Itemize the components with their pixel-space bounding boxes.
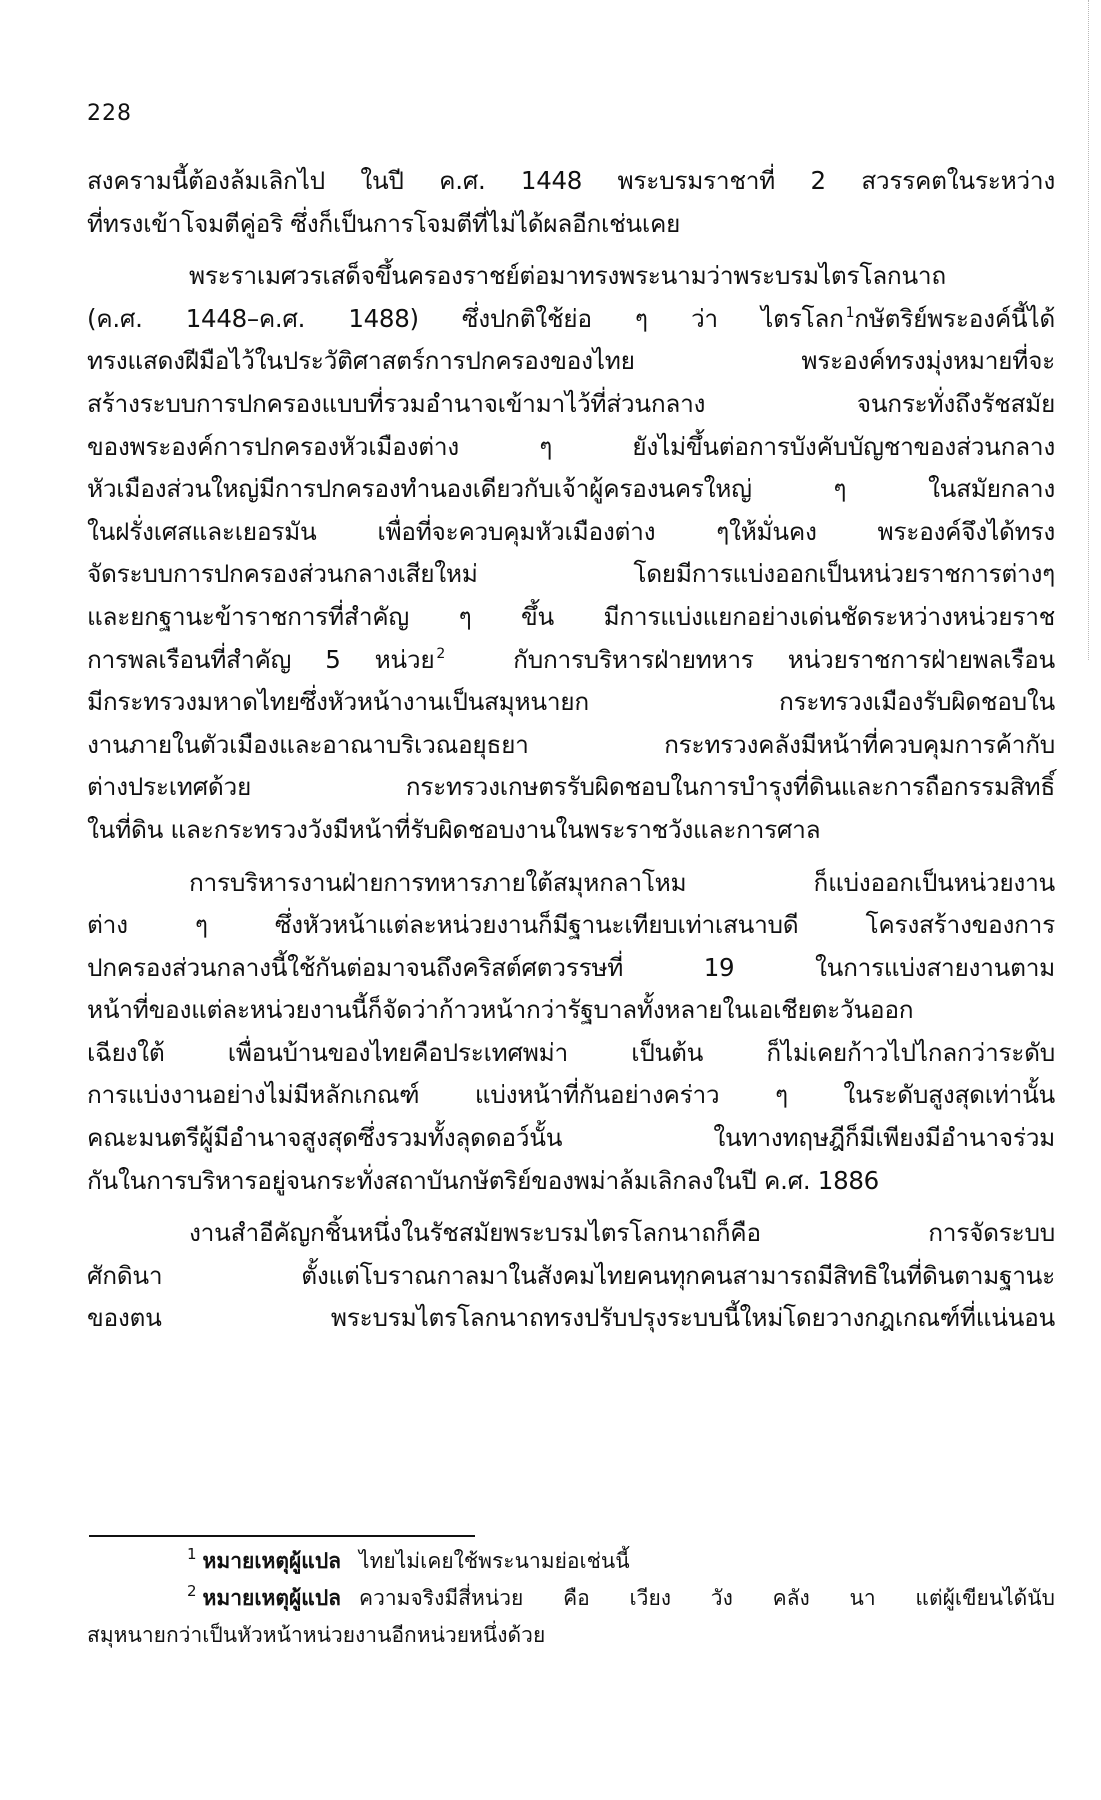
text-line: สงครามนี้ต้องล้มเลิกไป ในปี ค.ศ. 1448 พร… <box>87 160 1055 203</box>
text-line: การแบ่งงานอย่างไม่มีหลักเกณฑ์ แบ่งหน้าที… <box>87 1074 1055 1117</box>
page-number: 228 <box>87 103 132 125</box>
text-line-with-footnote-2: การพลเรือนที่สำคัญ 5 หน่วย2 กับการบริหาร… <box>87 639 1055 682</box>
footnote-text: ไทยไม่เคยใช้พระนามย่อเช่นนี้ <box>359 1549 630 1573</box>
text-line: กันในการบริหารอยู่จนกระทั่งสถาบันกษัตริย… <box>87 1160 1055 1203</box>
footnote-mark: 2 <box>187 1582 197 1600</box>
text-line: คณะมนตรีผู้มีอำนาจสูงสุดซึ่งรวมทั้งลุดดอ… <box>87 1117 1055 1160</box>
text-line: พระราเมศวรเสด็จขึ้นครองราชย์ต่อมาทรงพระน… <box>87 255 1055 298</box>
footnote-divider <box>89 1535 475 1537</box>
paragraph-1: สงครามนี้ต้องล้มเลิกไป ในปี ค.ศ. 1448 พร… <box>87 160 1055 245</box>
text-line: ในฝรั่งเศสและเยอรมัน เพื่อที่จะควบคุมหัว… <box>87 511 1055 554</box>
text-line: ทรงแสดงฝีมือไว้ในประวัติศาสตร์การปกครองข… <box>87 340 1055 383</box>
text-line: งานภายในตัวเมืองและอาณาบริเวณอยุธยา กระท… <box>87 724 1055 767</box>
text-line: ต่าง ๆ ซึ่งหัวหน้าแต่ละหน่วยงานก็มีฐานะเ… <box>87 904 1055 947</box>
text-line: ต่างประเทศด้วย กระทรวงเกษตรรับผิดชอบในกา… <box>87 766 1055 809</box>
footnote-1: 1หมายเหตุผู้แปลไทยไม่เคยใช้พระนามย่อเช่น… <box>87 1543 1055 1580</box>
text-segment: กับการบริหารฝ่ายทหาร หน่วยราชการฝ่ายพลเร… <box>513 645 1055 674</box>
footnote-ref-1[interactable]: 1 <box>846 305 855 321</box>
footnote-text: ความจริงมีสี่หน่วย คือ เวียง วัง คลัง นา… <box>359 1586 1055 1610</box>
text-line: และยกฐานะข้าราชการที่สำคัญ ๆ ขึ้น มีการแ… <box>87 596 1055 639</box>
book-page: 228 สงครามนี้ต้องล้มเลิกไป ในปี ค.ศ. 144… <box>0 0 1101 1800</box>
text-line: เฉียงใต้ เพื่อนบ้านของไทยคือประเทศพม่า เ… <box>87 1032 1055 1075</box>
text-line: มีกระทรวงมหาดไทยซึ่งหัวหน้างานเป็นสมุหนา… <box>87 681 1055 724</box>
text-line: งานสำอีคัญกชิ้นหนึ่งในรัชสมัยพระบรมไตรโล… <box>87 1212 1055 1255</box>
footnote-label: หมายเหตุผู้แปล <box>203 1549 341 1573</box>
text-segment: การพลเรือนที่สำคัญ 5 หน่วย <box>87 645 434 674</box>
text-line: ในที่ดิน และกระทรวงวังมีหน้าที่รับผิดชอบ… <box>87 809 1055 852</box>
text-line: ของพระองค์การปกครองหัวเมืองต่าง ๆ ยังไม่… <box>87 426 1055 469</box>
paragraph-3: การบริหารงานฝ่ายการทหารภายใต้สมุหกลาโหม … <box>87 862 1055 1203</box>
text-line: ศักดินา ตั้งแต่โบราณกาลมาในสังคมไทยคนทุก… <box>87 1255 1055 1298</box>
paragraph-2: พระราเมศวรเสด็จขึ้นครองราชย์ต่อมาทรงพระน… <box>87 255 1055 851</box>
footnote-ref-2[interactable]: 2 <box>436 646 445 662</box>
footnotes: 1หมายเหตุผู้แปลไทยไม่เคยใช้พระนามย่อเช่น… <box>87 1543 1055 1654</box>
text-line: จัดระบบการปกครองส่วนกลางเสียใหม่ โดยมีกา… <box>87 553 1055 596</box>
text-line: ของตน พระบรมไตรโลกนาถทรงปรับปรุงระบบนี้ใ… <box>87 1297 1055 1340</box>
text-segment: (ค.ศ. 1448–ค.ศ. 1488) ซึ่งปกติใช้ย่อ ๆ ว… <box>87 304 844 333</box>
text-line: ที่ทรงเข้าโจมตีคู่อริ ซึ่งก็เป็นการโจมตี… <box>87 203 1055 246</box>
text-line: การบริหารงานฝ่ายการทหารภายใต้สมุหกลาโหม … <box>87 862 1055 905</box>
footnote-label: หมายเหตุผู้แปล <box>203 1586 341 1610</box>
body-text: สงครามนี้ต้องล้มเลิกไป ในปี ค.ศ. 1448 พร… <box>87 160 1055 1340</box>
footnote-mark: 1 <box>187 1545 197 1563</box>
text-line: หน้าที่ของแต่ละหน่วยงานนี้ก็จัดว่าก้าวหน… <box>87 989 1055 1032</box>
text-line: หัวเมืองส่วนใหญ่มีการปกครองทำนองเดียวกับ… <box>87 468 1055 511</box>
text-segment: กษัตริย์พระองค์นี้ได้ <box>854 304 1055 333</box>
footnote-2-continuation: สมุหนายกว่าเป็นหัวหน้าหน่วยงานอีกหน่วยหน… <box>87 1617 1055 1654</box>
text-line: ปกครองส่วนกลางนี้ใช้กันต่อมาจนถึงคริสต์ศ… <box>87 947 1055 990</box>
text-line: สร้างระบบการปกครองแบบที่รวมอำนาจเข้ามาไว… <box>87 383 1055 426</box>
text-line-with-footnote-1: (ค.ศ. 1448–ค.ศ. 1488) ซึ่งปกติใช้ย่อ ๆ ว… <box>87 298 1055 341</box>
footnote-2: 2หมายเหตุผู้แปลความจริงมีสี่หน่วย คือ เว… <box>87 1580 1055 1617</box>
scan-edge-artifact <box>1087 0 1089 660</box>
paragraph-4: งานสำอีคัญกชิ้นหนึ่งในรัชสมัยพระบรมไตรโล… <box>87 1212 1055 1340</box>
